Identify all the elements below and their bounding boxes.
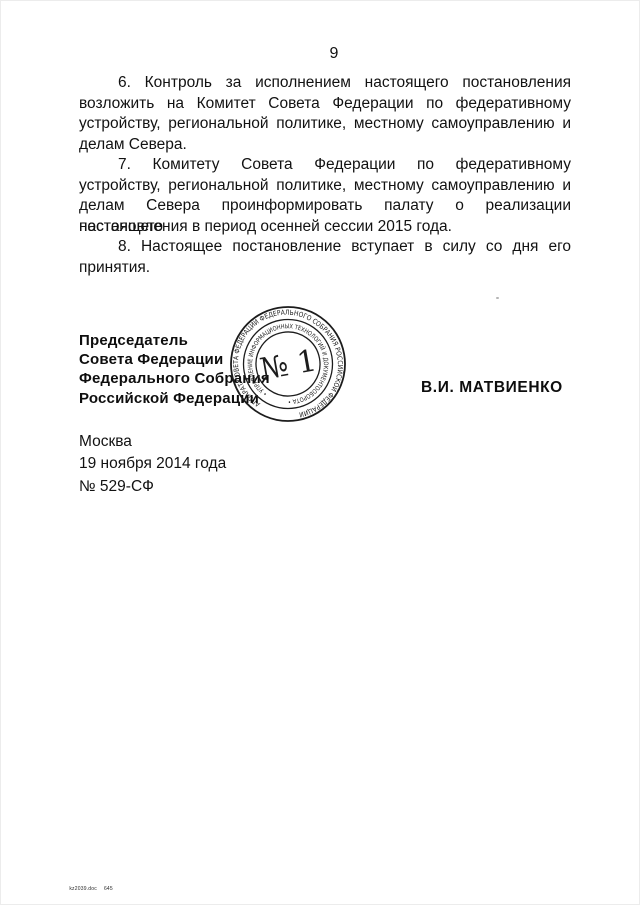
page-number: 9 [1,45,640,63]
paragraph-6-line: устройству, региональной политике, местн… [79,114,571,135]
paragraph-6-line: делам Севера. [79,135,571,156]
footer-file-note: kz2039.doc645 [63,880,113,898]
footer-page-code: 645 [104,886,113,892]
issue-date: 19 ноября 2014 года [79,453,339,475]
scan-speck [496,297,499,299]
stamp-number-label: № 1 [257,343,319,387]
issue-number: № 529-СФ [79,476,339,498]
paragraph-7-line: 7. Комитету Совета Федерации по федерати… [79,155,571,176]
paragraph-7-line: делам Севера проинформировать палату о р… [79,196,571,217]
paragraph-7-line: устройству, региональной политике, местн… [79,176,571,197]
issue-city: Москва [79,431,339,453]
paragraph-7-line: постановления в период осенней сессии 20… [79,217,571,238]
issue-details: Москва 19 ноября 2014 года № 529-СФ [79,431,339,498]
round-stamp-seal: АППАРАТ СОВЕТА ФЕДЕРАЦИИ ФЕДЕРАЛЬНОГО СО… [220,296,356,432]
paragraph-6-line: возложить на Комитет Совета Федерации по… [79,94,571,115]
document-page: 9 6. Контроль за исполнением настоящего … [0,0,640,905]
signatory-name: В.И. МАТВИЕНКО [421,379,563,397]
resolution-body: 6. Контроль за исполнением настоящего по… [79,73,571,278]
paragraph-6-line: 6. Контроль за исполнением настоящего по… [79,73,571,94]
paragraph-8-line: принятия. [79,258,571,279]
paragraph-8-line: 8. Настоящее постановление вступает в си… [79,237,571,258]
footer-file-name: kz2039.doc [69,886,97,892]
